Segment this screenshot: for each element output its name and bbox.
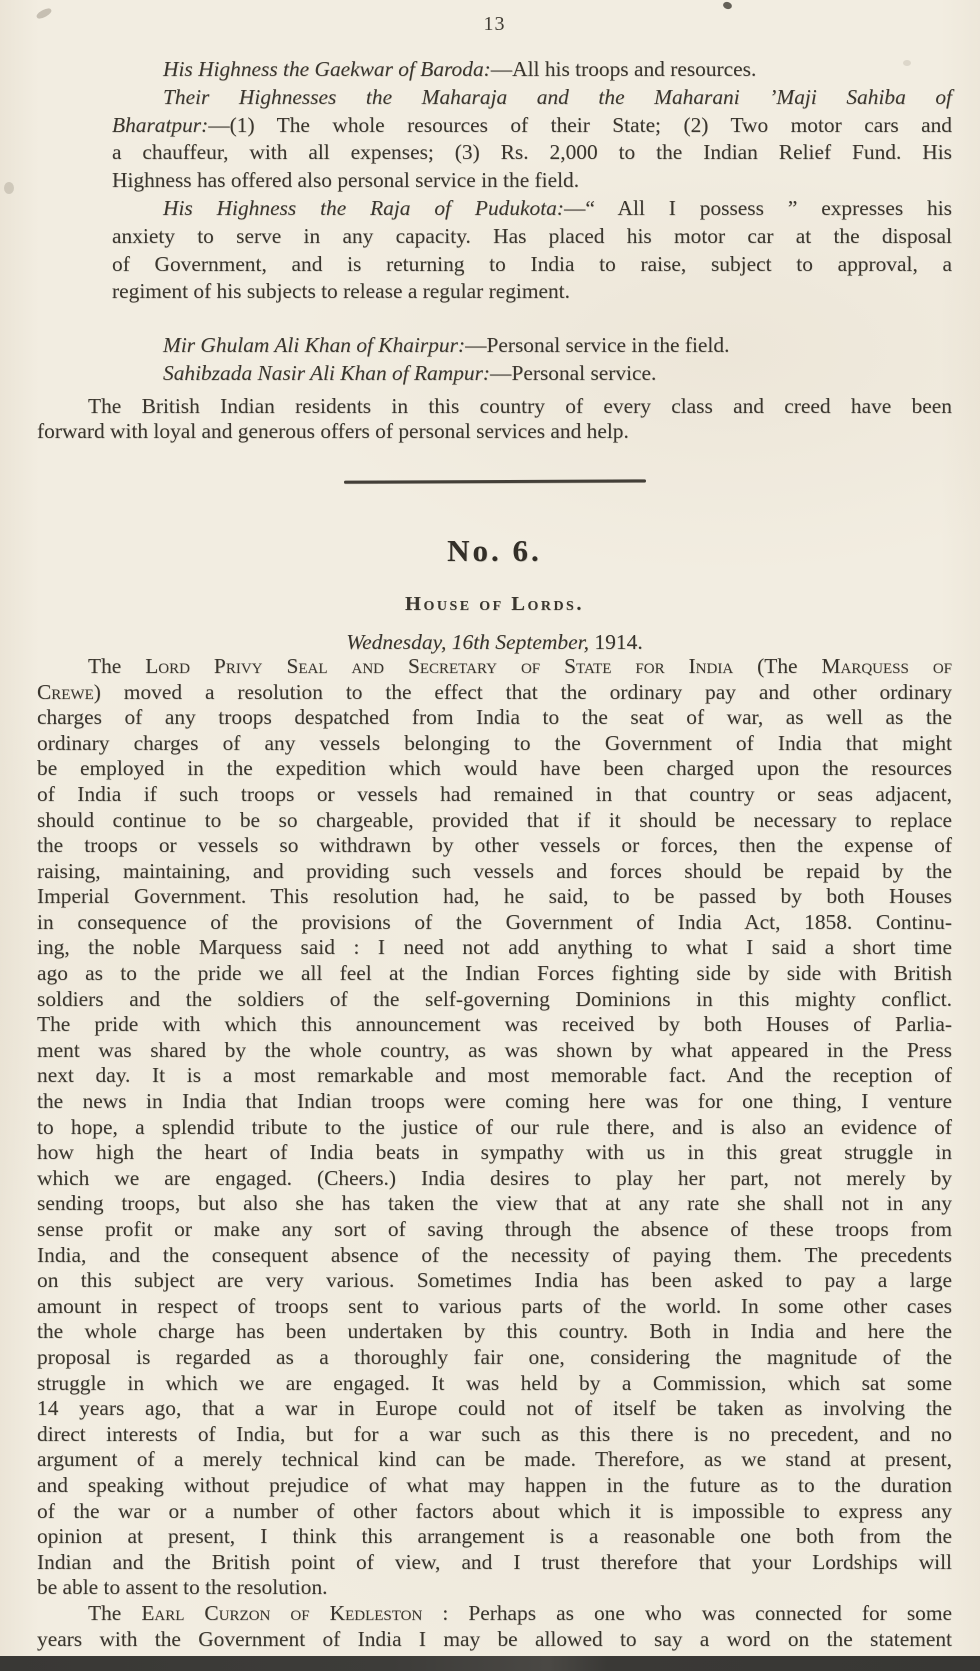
text-segment: direct interests of India, but for a war… [37, 1422, 952, 1446]
text-line: The pride with which this announcement w… [37, 1012, 952, 1038]
text-line: The Lord Privy Seal and Secretary of Sta… [37, 654, 952, 680]
text-segment: Crewe [37, 680, 94, 704]
text-segment: Highness has offered also personal servi… [112, 168, 579, 192]
section-divider-rule [343, 479, 645, 483]
text-segment: 1914. [594, 630, 642, 654]
text-segment: sending troops, but also she has taken t… [37, 1191, 952, 1215]
text-line: His Highness the Gaekwar of Baroda:—All … [112, 56, 952, 84]
text-line: charges of any troops despatched from In… [37, 705, 952, 731]
text-column: 13 His Highness the Gaekwar of Baroda:—A… [37, 0, 952, 1652]
text-line: Crewe) moved a resolution to the effect … [37, 680, 952, 706]
text-segment: Mir Ghulam Ali Khan of Khairpur: [163, 333, 465, 357]
text-line: years with the Government of India I may… [37, 1627, 952, 1653]
text-line: opinion at present, I think this arrange… [37, 1524, 952, 1550]
paragraph: Mir Ghulam Ali Khan of Khairpur:—Persona… [37, 332, 952, 360]
text-segment: (The [733, 654, 821, 678]
text-line: of the war or a number of other factors … [37, 1499, 952, 1525]
paragraph: The Lord Privy Seal and Secretary of Sta… [37, 654, 952, 1601]
scan-bottom-edge [0, 1656, 980, 1671]
text-segment: Bharatpur: [112, 113, 208, 137]
text-segment: India, and the consequent absence of the… [37, 1243, 952, 1267]
text-segment: the whole charge has been undertaken by … [37, 1319, 952, 1343]
text-segment: —All his troops and resources. [491, 57, 757, 81]
text-line: of Government, and is returning to India… [112, 251, 952, 279]
text-line: be employed in the expedition which woul… [37, 756, 952, 782]
text-line: The Earl Curzon of Kedleston : Perhaps a… [37, 1601, 952, 1627]
text-segment: how high the heart of India beats in sym… [37, 1140, 952, 1164]
text-segment: Their Highnesses the Maharaja and the Ma… [163, 85, 952, 109]
text-segment: years with the Government of India I may… [37, 1627, 952, 1651]
text-line: argument of a merely technical kind can … [37, 1447, 952, 1473]
text-segment: The [88, 1601, 141, 1625]
text-line: ing, the noble Marquess said : I need no… [37, 935, 952, 961]
text-segment: ment was shared by the whole country, as… [37, 1038, 952, 1062]
sitting-date-heading: Wednesday, 16th September, 1914. [37, 630, 952, 654]
text-segment: sense profit or make any sort of saving … [37, 1217, 952, 1241]
text-line: Bharatpur:—(1) The whole resources of th… [112, 112, 952, 140]
text-segment: ago as to the pride we all feel at the I… [37, 961, 952, 985]
text-line: Mir Ghulam Ali Khan of Khairpur:—Persona… [112, 332, 952, 360]
text-line: Highness has offered also personal servi… [112, 167, 952, 195]
paragraph: The Earl Curzon of Kedleston : Perhaps a… [37, 1601, 952, 1652]
text-line: a chauffeur, with all expenses; (3) Rs. … [112, 139, 952, 167]
text-line: Indian and the British point of view, an… [37, 1550, 952, 1576]
document-page: 13 His Highness the Gaekwar of Baroda:—A… [0, 0, 980, 1671]
text-segment: His Highness the Gaekwar of Baroda: [163, 57, 491, 81]
text-line: direct interests of India, but for a war… [37, 1422, 952, 1448]
text-segment: Marquess of [821, 654, 952, 678]
text-line: and speaking without prejudice of what m… [37, 1473, 952, 1499]
text-line: which we are engaged. (Cheers.) India de… [37, 1166, 952, 1192]
text-line: proposal is regarded as a thoroughly fai… [37, 1345, 952, 1371]
text-line: should continue to be so chargeable, pro… [37, 808, 952, 834]
text-segment: which we are engaged. (Cheers.) India de… [37, 1166, 952, 1190]
text-line: Sahibzada Nasir Ali Khan of Rampur:—Pers… [112, 360, 952, 388]
text-line: amount in respect of troops sent to vari… [37, 1294, 952, 1320]
house-of-lords-heading: House of Lords. [37, 592, 952, 617]
text-segment: and speaking without prejudice of what m… [37, 1473, 952, 1497]
text-segment: ing, the noble Marquess said : I need no… [37, 935, 952, 959]
text-segment: ordinary charges of any vessels belongin… [37, 731, 952, 755]
text-segment: of the war or a number of other factors … [37, 1499, 952, 1523]
text-line: the troops or vessels so withdrawn by ot… [37, 833, 952, 859]
text-line: ment was shared by the whole country, as… [37, 1038, 952, 1064]
text-line: of India if such troops or vessels had r… [37, 782, 952, 808]
paragraph: The British Indian residents in this cou… [37, 394, 952, 445]
text-line: struggle in which we are engaged. It was… [37, 1371, 952, 1397]
text-segment: a chauffeur, with all expenses; (3) Rs. … [112, 140, 952, 164]
text-segment: : Perhaps as one who was connected for s… [422, 1601, 952, 1625]
paragraph: His Highness the Gaekwar of Baroda:—All … [37, 56, 952, 84]
text-segment: to hope, a splendid tribute to the justi… [37, 1115, 952, 1139]
text-segment: ) moved a resolution to the effect that … [94, 680, 952, 704]
text-line: 14 years ago, that a war in Europe could… [37, 1396, 952, 1422]
text-line: regiment of his subjects to release a re… [112, 278, 952, 306]
text-line: anxiety to serve in any capacity. Has pl… [112, 223, 952, 251]
text-line: the whole charge has been undertaken by … [37, 1319, 952, 1345]
text-segment: the troops or vessels so withdrawn by ot… [37, 833, 952, 857]
paragraph: Their Highnesses the Maharaja and the Ma… [37, 84, 952, 195]
text-line: ordinary charges of any vessels belongin… [37, 731, 952, 757]
text-line: Imperial Government. This resolution had… [37, 884, 952, 910]
text-segment: The pride with which this announcement w… [37, 1012, 952, 1036]
text-line: Their Highnesses the Maharaja and the Ma… [112, 84, 952, 112]
text-segment: —Personal service. [490, 361, 656, 385]
text-segment: amount in respect of troops sent to vari… [37, 1294, 952, 1318]
text-line: The British Indian residents in this cou… [37, 394, 952, 420]
text-segment: His Highness the Raja of Pudukota: [163, 196, 564, 220]
text-segment: charges of any troops despatched from In… [37, 705, 952, 729]
paragraph: His Highness the Raja of Pudukota:—“ All… [37, 195, 952, 306]
text-line: His Highness the Raja of Pudukota:—“ All… [112, 195, 952, 223]
text-line: be able to assent to the resolution. [37, 1575, 952, 1601]
text-segment: of India if such troops or vessels had r… [37, 782, 952, 806]
page-number: 13 [37, 0, 952, 36]
text-segment: opinion at present, I think this arrange… [37, 1524, 952, 1548]
scan-artifact [4, 182, 14, 194]
text-line: raising, maintaining, and providing such… [37, 859, 952, 885]
text-segment: the news in India that Indian troops wer… [37, 1089, 952, 1113]
text-line: to hope, a splendid tribute to the justi… [37, 1115, 952, 1141]
text-segment: be able to assent to the resolution. [37, 1575, 328, 1599]
text-segment: argument of a merely technical kind can … [37, 1447, 952, 1471]
text-segment: next day. It is a most remarkable and mo… [37, 1063, 952, 1087]
text-segment: anxiety to serve in any capacity. Has pl… [112, 224, 952, 248]
text-segment: in consequence of the provisions of the … [37, 910, 952, 934]
text-line: on this subject are very various. Someti… [37, 1268, 952, 1294]
text-line: ago as to the pride we all feel at the I… [37, 961, 952, 987]
text-line: forward with loyal and generous offers o… [37, 419, 952, 445]
text-line: how high the heart of India beats in sym… [37, 1140, 952, 1166]
text-line: sending troops, but also she has taken t… [37, 1191, 952, 1217]
text-segment: be employed in the expedition which woul… [37, 756, 952, 780]
text-segment: 14 years ago, that a war in Europe could… [37, 1396, 952, 1420]
text-segment: of Government, and is returning to India… [112, 252, 952, 276]
text-segment: struggle in which we are engaged. It was… [37, 1371, 952, 1395]
text-segment: on this subject are very various. Someti… [37, 1268, 952, 1292]
paragraph: Sahibzada Nasir Ali Khan of Rampur:—Pers… [37, 360, 952, 388]
text-segment: forward with loyal and generous offers o… [37, 419, 629, 443]
document-body: His Highness the Gaekwar of Baroda:—All … [37, 56, 952, 1652]
text-segment: The British Indian residents in this cou… [88, 394, 952, 418]
text-line: next day. It is a most remarkable and mo… [37, 1063, 952, 1089]
text-segment: proposal is regarded as a thoroughly fai… [37, 1345, 952, 1369]
text-segment: Sahibzada Nasir Ali Khan of Rampur: [163, 361, 490, 385]
text-segment: Wednesday, 16th September, [346, 630, 594, 654]
text-line: in consequence of the provisions of the … [37, 910, 952, 936]
text-segment: —(1) The whole resources of their State;… [208, 113, 952, 137]
text-segment: raising, maintaining, and providing such… [37, 859, 952, 883]
text-segment: Earl Curzon of Kedleston [141, 1601, 422, 1625]
text-segment: should continue to be so chargeable, pro… [37, 808, 952, 832]
text-segment: —Personal service in the field. [465, 333, 729, 357]
text-line: soldiers and the soldiers of the self-go… [37, 987, 952, 1013]
text-segment: The [88, 654, 145, 678]
text-segment: soldiers and the soldiers of the self-go… [37, 987, 952, 1011]
text-line: India, and the consequent absence of the… [37, 1243, 952, 1269]
text-segment: Lord Privy Seal and Secretary of State f… [145, 654, 733, 678]
text-segment: —“ All I possess ” expresses his [564, 196, 952, 220]
text-segment: Imperial Government. This resolution had… [37, 884, 952, 908]
text-line: sense profit or make any sort of saving … [37, 1217, 952, 1243]
text-segment: Indian and the British point of view, an… [37, 1550, 952, 1574]
text-line: the news in India that Indian troops wer… [37, 1089, 952, 1115]
section-number-heading: No. 6. [37, 533, 952, 569]
text-segment: regiment of his subjects to release a re… [112, 279, 570, 303]
